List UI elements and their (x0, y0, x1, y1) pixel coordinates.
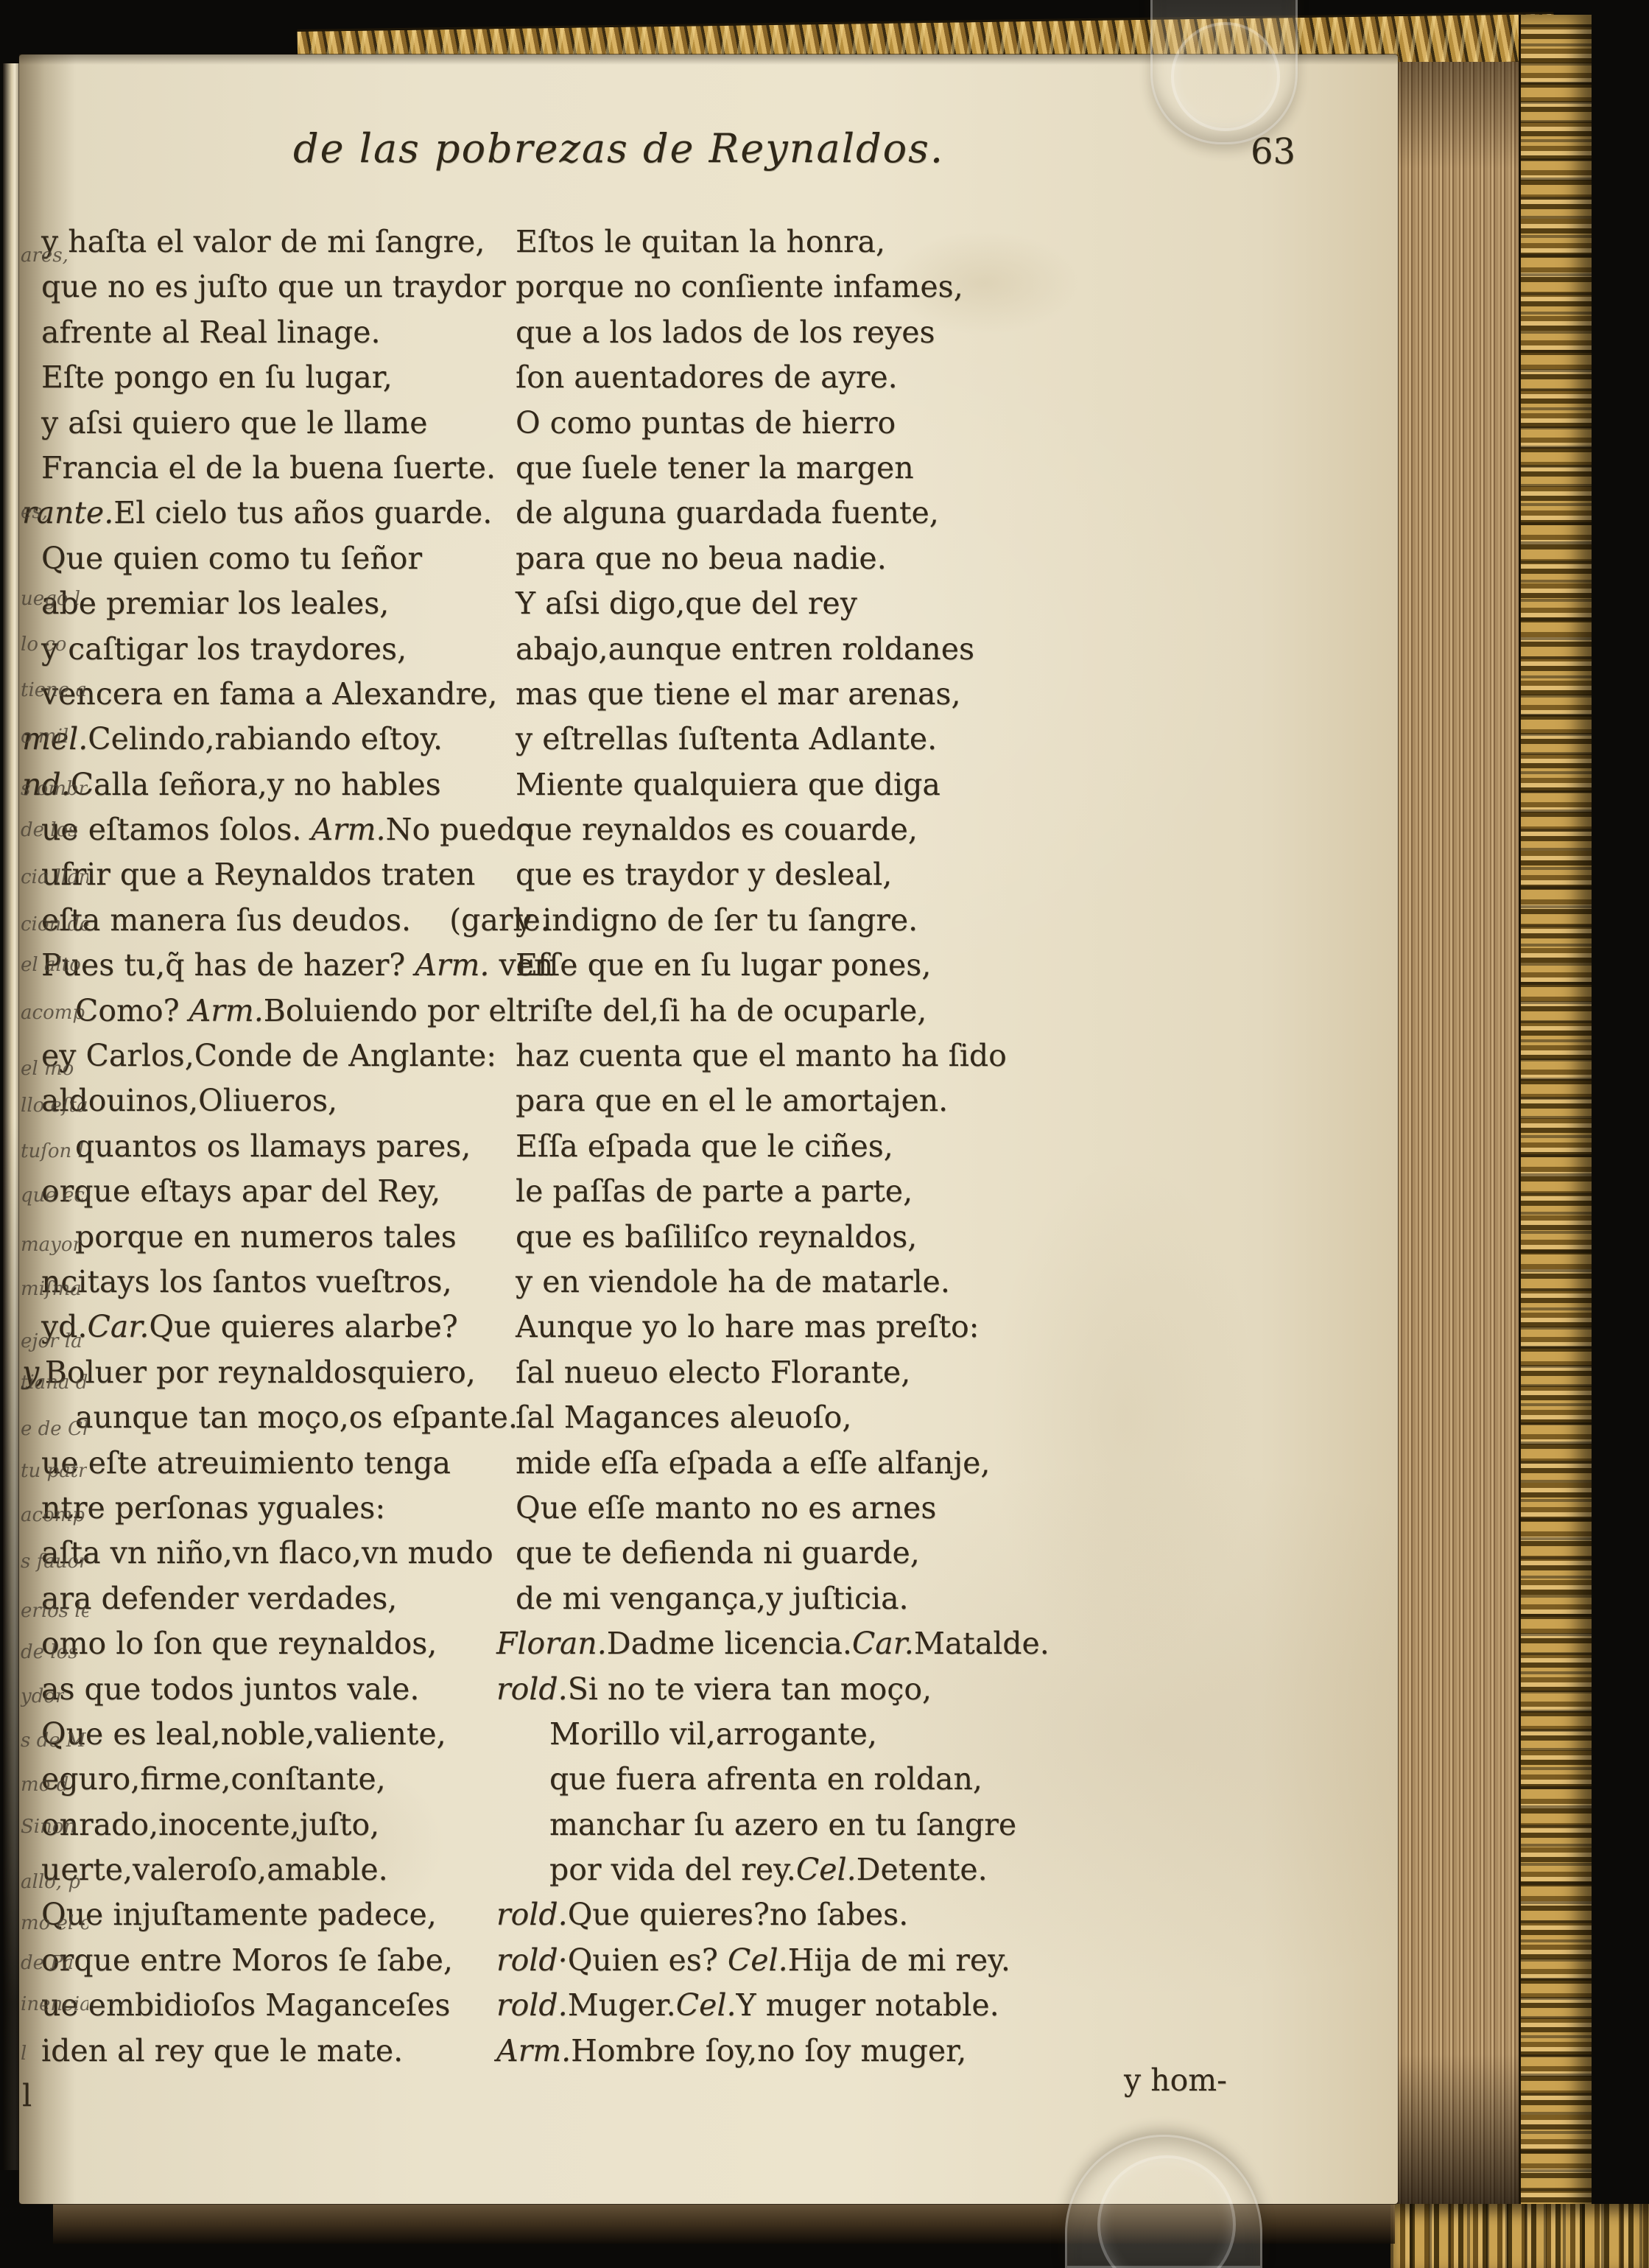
book-scan-photo: de las pobrezas de Reynaldos. 63 y haſta… (0, 0, 1649, 2268)
gilt-bottom-border (1390, 2204, 1649, 2268)
verse-line: uerte,valeroſo,amable. (41, 1847, 516, 1892)
gilt-side-border (1519, 15, 1592, 2268)
margin-note: mo el o (21, 1912, 88, 1934)
verse-line: Floran.Dadme licencia.Car.Matalde. (496, 1621, 1193, 1666)
verse-line: Eſſe que en ſu lugar pones, (516, 943, 1193, 988)
verse-line: eguro,firme,conſtante, (41, 1757, 516, 1802)
verse-line: Que es leal,noble,valiente, (41, 1712, 516, 1757)
verse-line: vencera en fama a Alexandre, (41, 672, 516, 717)
verse-line: orque eſtays apar del Rey, (41, 1169, 516, 1214)
verse-line: para que no beua nadie. (516, 536, 1193, 581)
verse-line: Y aſsi digo,que del rey (516, 581, 1193, 626)
verse-line: ue eſte atreuimiento tenga (41, 1441, 516, 1486)
verse-line: ue embidioſos Maganceſes (41, 1983, 516, 2028)
verse-line: y,Boluer por reynaldosquiero, (22, 1350, 516, 1395)
verse-line: Miente qualquiera que diga (516, 762, 1193, 807)
verse-line: yd.Car.Que quieres alarbe? (41, 1305, 516, 1349)
margin-note: allo, p (21, 1871, 80, 1893)
margin-note: mo d (21, 1774, 68, 1796)
verse-line: triſte del,ſi ha de ocuparle, (516, 989, 1193, 1033)
verse-line: nd.Calla ſeñora,y no hables (22, 762, 516, 807)
verse-line: ntre perſonas yguales: (41, 1486, 516, 1531)
verse-line: Arm.Hombre ſoy,no ſoy muger, (496, 2029, 1193, 2074)
margin-note: tu patr (21, 1460, 87, 1482)
margin-note: de los (21, 819, 78, 841)
verse-line: que fuera afrenta en roldan, (516, 1757, 1193, 1802)
verse-line: que es baſiliſco reynaldos, (516, 1215, 1193, 1260)
verse-line: Pues tu,q̃ has de hazer? Arm. ven (41, 943, 516, 988)
speaker-label: Arm. (496, 2033, 571, 2068)
verse-line: que te defienda ni guarde, (516, 1531, 1193, 1576)
verse-line: Eſtos le quitan la honra, (516, 220, 1193, 264)
verse-line: haz cuenta que el manto ha ſido (516, 1033, 1193, 1078)
verse-line: y caſtigar los traydores, (41, 627, 516, 672)
verse-line: Morillo vil,arrogante, (516, 1712, 1193, 1757)
catchword: y hom- (1124, 2062, 1227, 2098)
verse-line: rold.Que quieres?no ſabes. (496, 1892, 1193, 1937)
speaker-label: rold. (496, 1671, 568, 1707)
verse-line: aſta vn niño,vn flaco,vn mudo (41, 1531, 516, 1576)
speaker-label: Arm. (189, 993, 264, 1028)
margin-note: es, (21, 501, 48, 523)
verse-line: rold·Quien es? Cel.Hija de mi rey. (496, 1938, 1193, 1983)
margin-note: o mil (21, 726, 68, 748)
verse-line: porque en numeros tales (41, 1215, 516, 1260)
margin-note: cion de (21, 913, 88, 935)
verse-line: que reynaldos es couarde, (516, 807, 1193, 852)
margin-note: erios le (21, 1600, 88, 1622)
verse-line: y aſsi quiero que le llame (41, 401, 516, 446)
speaker-label: rold. (496, 1987, 568, 2023)
verse-line: rold.Muger.Cel.Y muger notable. (496, 1983, 1193, 2028)
verse-line: Que quien como tu ſeñor (41, 536, 516, 581)
margin-note: tiana de (21, 1372, 88, 1394)
verse-line: que es traydor y desleal, (516, 852, 1193, 897)
margin-note: uego l (21, 588, 80, 610)
verse-line: Que injuſtamente padece, (41, 1892, 516, 1937)
fore-edge (1395, 62, 1522, 2204)
verse-line: iden al rey que le mate. (41, 2029, 516, 2074)
verse-line: ſal Magances aleuoſo, (516, 1395, 1193, 1440)
verse-line: O como puntas de hierro (516, 401, 1193, 446)
verse-line: rante.El cielo tus años guarde. (22, 491, 516, 536)
speaker-label: Cel. (728, 1942, 788, 1978)
verse-line: rold.Si no te viera tan moço, (496, 1667, 1193, 1712)
verse-line: mide eſſa eſpada a eſſe alfanje, (516, 1441, 1193, 1486)
verse-line: ara defender verdades, (41, 1576, 516, 1621)
verse-line: y indigno de ſer tu ſangre. (516, 898, 1193, 943)
verse-line: de mi vengança,y juſticia. (516, 1576, 1193, 1621)
margin-note: l (21, 2043, 27, 2065)
margin-note: acomp (21, 1504, 85, 1526)
verse-line: Eſſa eſpada que le ciñes, (516, 1124, 1193, 1169)
margin-note: acomp (21, 1002, 85, 1024)
verse-line: de alguna guardada fuente, (516, 491, 1193, 536)
margin-note: s fauor (21, 1551, 88, 1573)
margin-note: que ech (21, 1184, 88, 1207)
speaker-label: Car. (852, 1626, 914, 1661)
book-page: de las pobrezas de Reynaldos. 63 y haſta… (19, 55, 1398, 2204)
speaker-label: Arm. (415, 947, 489, 983)
verse-line: Que eſſe manto no es arnes (516, 1486, 1193, 1531)
speaker-label: Cel. (796, 1852, 857, 1887)
verse-line: Aunque yo lo hare mas preſto: (516, 1305, 1193, 1349)
verse-line: eſta manera ſus deudos. (garle. (41, 898, 516, 943)
verse-line: ſal nueuo electo Florante, (516, 1350, 1193, 1395)
verse-line: aunque tan moço,os eſpante. (41, 1395, 516, 1440)
verse-line: quantos os llamays pares, (41, 1124, 516, 1169)
margin-note: tuſon l (21, 1140, 84, 1162)
verse-line: aldouinos,Oliueros, (41, 1078, 516, 1123)
verse-line: que a los lados de los reyes (516, 310, 1193, 355)
verse-line: que no es juſto que un traydor (41, 264, 516, 309)
top-holding-strap (1150, 0, 1298, 144)
verse-line: mel.Celindo,rabiando eſtoy. (22, 717, 516, 762)
margin-note: miſma (21, 1278, 82, 1300)
verse-line: ue eſtamos ſolos. Arm.No puedo (41, 807, 516, 852)
margin-note: el mo (21, 1058, 74, 1080)
margin-note: mayor (21, 1234, 82, 1256)
verse-line: que ſuele tener la margen (516, 446, 1193, 491)
verse-line: abe premiar los leales, (41, 581, 516, 626)
verse-line: y eſtrellas ſuſtenta Adlante. (516, 717, 1193, 762)
verse-line: afrente al Real linage. (41, 310, 516, 355)
verse-line: ncitays los ſantos vueſtros, (41, 1260, 516, 1305)
verse-line: onrado,inocente,juſto, (41, 1802, 516, 1847)
speaker-label: Arm. (311, 812, 385, 847)
verse-line: Eſte pongo en ſu lugar, (41, 355, 516, 400)
margin-note: llo eſta (21, 1095, 88, 1117)
verse-line: y en viendole ha de matarle. (516, 1260, 1193, 1305)
verse-line: ey Carlos,Conde de Anglante: (41, 1033, 516, 1078)
margin-note: e de Ch (21, 1418, 88, 1440)
verse-line: orque entre Moros ſe ſabe, (41, 1938, 516, 1983)
margin-note: cia llam (21, 866, 88, 888)
verse-line: omo lo ſon que reynaldos, (41, 1621, 516, 1666)
margin-note: ejor la (21, 1330, 82, 1352)
verse-line: Francia el de la buena ſuerte. (41, 446, 516, 491)
margin-note: tiene a (21, 679, 87, 701)
verse-line: para que en el le amortajen. (516, 1078, 1193, 1123)
left-text-column: y haſta el valor de mi ſangre,que no es … (41, 220, 516, 2118)
speaker-label: rold· (496, 1942, 568, 1978)
speaker-label: Car. (87, 1309, 149, 1344)
margin-note: el alto (21, 954, 81, 976)
right-text-column: Eſtos le quitan la honra,porque no conſi… (516, 220, 1193, 2074)
verse-line: ufrir que a Reynaldos traten (41, 852, 516, 897)
verse-line: y haſta el valor de mi ſangre, (41, 220, 516, 264)
verse-line: l (22, 2074, 516, 2118)
verse-line: ſon auentadores de ayre. (516, 355, 1193, 400)
speaker-label: Cel. (676, 1987, 736, 2023)
verse-line: por vida del rey.Cel.Detente. (516, 1847, 1193, 1892)
verse-line: abajo,aunque entren roldanes (516, 627, 1193, 672)
verse-line: Como? Arm.Boluiendo por el. (41, 989, 516, 1033)
running-title: de las pobrezas de Reynaldos. (293, 125, 944, 172)
verse-line: mas que tiene el mar arenas, (516, 672, 1193, 717)
margin-note: de Pa (21, 1952, 74, 1974)
margin-note: s ombr (21, 778, 88, 800)
verse-line: porque no conſiente infames, (516, 264, 1193, 309)
margin-note: ydor (21, 1685, 64, 1707)
verse-line: manchar ſu azero en tu ſangre (516, 1802, 1193, 1847)
verse-line: le paſſas de parte a parte, (516, 1169, 1193, 1214)
margin-note: lo co (21, 633, 66, 656)
margin-note: Sinon (21, 1816, 76, 1838)
speaker-label: rold. (496, 1897, 568, 1932)
margin-note: inencia (21, 1993, 88, 2015)
margin-note: ares, (21, 245, 68, 267)
margin-note: de los (21, 1641, 78, 1663)
speaker-label: Floran. (496, 1626, 607, 1661)
verse-line: as que todos juntos vale. (41, 1667, 516, 1712)
margin-note: s de M (21, 1730, 86, 1752)
